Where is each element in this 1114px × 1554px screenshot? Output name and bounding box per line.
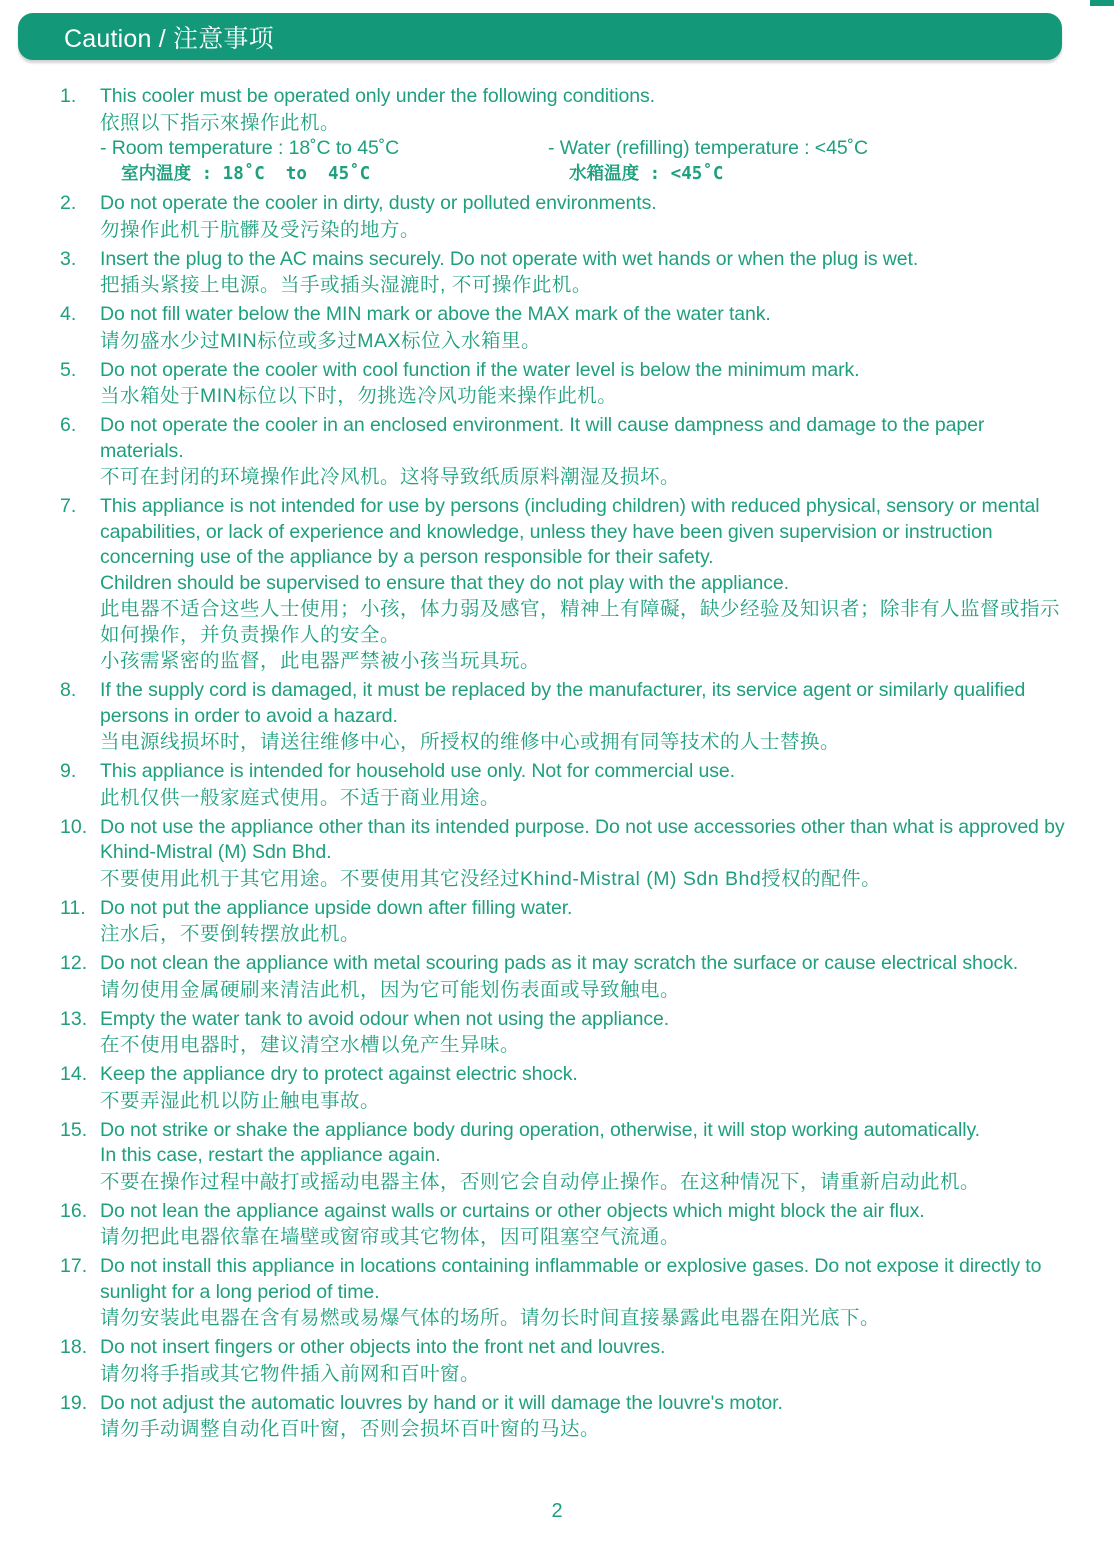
item-line-zh: 此机仅供一般家庭式使用。不适于商业用途。 [100, 785, 1066, 811]
item-body: Do not use the appliance other than its … [100, 815, 1066, 892]
item-line-zh: 勿操作此机于肮髒及受污染的地方。 [100, 217, 1066, 243]
item-line-en: Do not use the appliance other than its … [100, 815, 1066, 866]
item-line-zh: 此电器不适合这些人士使用；小孩，体力弱及感官，精神上有障礙，缺少经验及知识者；除… [100, 596, 1066, 648]
item-body: Do not clean the appliance with metal sc… [100, 951, 1066, 1003]
item-body: Do not put the appliance upside down aft… [100, 896, 1066, 948]
item-line-zh: 当电源线损坏时，请送往维修中心，所授权的维修中心或拥有同等技术的人士替换。 [100, 729, 1066, 755]
item-line-columns: - Room temperature : 18˚C to 45˚C- Water… [100, 136, 1066, 162]
item-line-zh: 当水箱处于MIN标位以下时，勿挑选冷风功能来操作此机。 [100, 383, 1066, 409]
item-line-en: In this case, restart the appliance agai… [100, 1143, 1066, 1169]
item-body: Keep the appliance dry to protect agains… [100, 1062, 1066, 1114]
item-line-en: Do not lean the appliance against walls … [100, 1199, 1066, 1225]
caution-item: 2.Do not operate the cooler in dirty, du… [60, 191, 1066, 243]
item-body: Do not operate the cooler with cool func… [100, 358, 1066, 410]
page-corner-mark [1090, 0, 1114, 6]
item-line-zh: 请勿将手指或其它物件插入前网和百叶窗。 [100, 1361, 1066, 1387]
item-number: 13. [60, 1007, 100, 1059]
page-title: Caution / 注意事项 [64, 19, 274, 55]
column-left: - Room temperature : 18˚C to 45˚C [100, 136, 548, 162]
caution-item: 6.Do not operate the cooler in an enclos… [60, 413, 1066, 490]
item-line-en: Do not put the appliance upside down aft… [100, 896, 1066, 922]
item-number: 8. [60, 678, 100, 755]
item-line-zh: 小孩需紧密的监督，此电器严禁被小孩当玩具玩。 [100, 648, 1066, 674]
item-number: 19. [60, 1391, 100, 1443]
item-body: Do not strike or shake the appliance bod… [100, 1118, 1066, 1195]
item-line-en: Do not operate the cooler with cool func… [100, 358, 1066, 384]
caution-item: 4.Do not fill water below the MIN mark o… [60, 302, 1066, 354]
page-number: 2 [0, 1500, 1114, 1523]
item-number: 10. [60, 815, 100, 892]
item-line-zh: 不要弄湿此机以防止触电事故。 [100, 1088, 1066, 1114]
item-number: 18. [60, 1335, 100, 1387]
item-number: 2. [60, 191, 100, 243]
item-body: Do not install this appliance in locatio… [100, 1254, 1066, 1331]
item-number: 9. [60, 759, 100, 811]
caution-item: 8.If the supply cord is damaged, it must… [60, 678, 1066, 755]
caution-item: 13.Empty the water tank to avoid odour w… [60, 1007, 1066, 1059]
item-line-en: Do not install this appliance in locatio… [100, 1254, 1066, 1305]
column-left: 室内温度 : 18˚C to 45˚C [100, 161, 548, 187]
item-body: Do not adjust the automatic louvres by h… [100, 1391, 1066, 1443]
item-number: 16. [60, 1199, 100, 1251]
item-line-zh: 请勿使用金属硬刷来清洁此机，因为它可能划伤表面或导致触电。 [100, 977, 1066, 1003]
item-line-en: Do not operate the cooler in dirty, dust… [100, 191, 1066, 217]
caution-item: 5.Do not operate the cooler with cool fu… [60, 358, 1066, 410]
item-body: Do not fill water below the MIN mark or … [100, 302, 1066, 354]
caution-item: 1.This cooler must be operated only unde… [60, 84, 1066, 187]
item-body: This cooler must be operated only under … [100, 84, 1066, 187]
item-body: Do not operate the cooler in an enclosed… [100, 413, 1066, 490]
caution-item: 16.Do not lean the appliance against wal… [60, 1199, 1066, 1251]
column-right: 水箱温度 : <45˚C [548, 161, 1066, 187]
item-line-en: Do not fill water below the MIN mark or … [100, 302, 1066, 328]
item-line-en: Do not clean the appliance with metal sc… [100, 951, 1066, 977]
caution-item: 15.Do not strike or shake the appliance … [60, 1118, 1066, 1195]
item-number: 5. [60, 358, 100, 410]
item-line-zh: 把插头紧接上电源。当手或插头湿漉时, 不可操作此机。 [100, 272, 1066, 298]
item-body: If the supply cord is damaged, it must b… [100, 678, 1066, 755]
caution-item: 11.Do not put the appliance upside down … [60, 896, 1066, 948]
item-line-zh: 依照以下指示來操作此机。 [100, 110, 1066, 136]
item-body: This appliance is intended for household… [100, 759, 1066, 811]
caution-item: 7.This appliance is not intended for use… [60, 494, 1066, 674]
caution-item: 12.Do not clean the appliance with metal… [60, 951, 1066, 1003]
caution-item: 17.Do not install this appliance in loca… [60, 1254, 1066, 1331]
item-line-zh: 注水后，不要倒转摆放此机。 [100, 921, 1066, 947]
item-number: 4. [60, 302, 100, 354]
item-number: 15. [60, 1118, 100, 1195]
item-line-en: Keep the appliance dry to protect agains… [100, 1062, 1066, 1088]
item-body: Insert the plug to the AC mains securely… [100, 247, 1066, 299]
item-line-en: If the supply cord is damaged, it must b… [100, 678, 1066, 729]
item-line-en: Do not insert fingers or other objects i… [100, 1335, 1066, 1361]
item-line-en: Empty the water tank to avoid odour when… [100, 1007, 1066, 1033]
item-line-en: This cooler must be operated only under … [100, 84, 1066, 110]
item-line-zh: 请勿手动调整自动化百叶窗，否则会损坏百叶窗的马达。 [100, 1416, 1066, 1442]
item-body: Do not insert fingers or other objects i… [100, 1335, 1066, 1387]
item-body: Do not lean the appliance against walls … [100, 1199, 1066, 1251]
item-number: 14. [60, 1062, 100, 1114]
item-line-en: Children should be supervised to ensure … [100, 571, 1066, 597]
item-body: Do not operate the cooler in dirty, dust… [100, 191, 1066, 243]
item-body: This appliance is not intended for use b… [100, 494, 1066, 674]
caution-item: 14.Keep the appliance dry to protect aga… [60, 1062, 1066, 1114]
item-line-zh: 请勿把此电器依靠在墙壁或窗帘或其它物体，因可阻塞空气流通。 [100, 1224, 1066, 1250]
item-line-en: Do not strike or shake the appliance bod… [100, 1118, 1066, 1144]
item-number: 11. [60, 896, 100, 948]
item-line-columns: 室内温度 : 18˚C to 45˚C 水箱温度 : <45˚C [100, 161, 1066, 187]
item-line-en: Do not operate the cooler in an enclosed… [100, 413, 1066, 464]
item-line-zh: 请勿盛水少过MIN标位或多过MAX标位入水箱里。 [100, 328, 1066, 354]
item-number: 3. [60, 247, 100, 299]
caution-item: 10.Do not use the appliance other than i… [60, 815, 1066, 892]
item-number: 1. [60, 84, 100, 187]
item-line-zh: 不要在操作过程中敲打或摇动电器主体，否则它会自动停止操作。在这种情况下，请重新启… [100, 1169, 1066, 1195]
item-line-en: Do not adjust the automatic louvres by h… [100, 1391, 1066, 1417]
caution-item: 19.Do not adjust the automatic louvres b… [60, 1391, 1066, 1443]
item-line-zh: 不可在封闭的环境操作此冷风机。这将导致纸质原料潮湿及损坏。 [100, 464, 1066, 490]
item-number: 17. [60, 1254, 100, 1331]
column-right: - Water (refilling) temperature : <45˚C [548, 136, 1066, 162]
item-number: 6. [60, 413, 100, 490]
item-line-zh: 不要使用此机于其它用途。不要使用其它没经过Khind-Mistral (M) S… [100, 866, 1066, 892]
item-line-zh: 请勿安装此电器在含有易燃或易爆气体的场所。请勿长时间直接暴露此电器在阳光底下。 [100, 1305, 1066, 1331]
item-line-en: Insert the plug to the AC mains securely… [100, 247, 1066, 273]
item-number: 7. [60, 494, 100, 674]
caution-item: 9.This appliance is intended for househo… [60, 759, 1066, 811]
item-number: 12. [60, 951, 100, 1003]
item-line-zh: 在不使用电器时，建议清空水槽以免产生异味。 [100, 1032, 1066, 1058]
item-body: Empty the water tank to avoid odour when… [100, 1007, 1066, 1059]
caution-item: 3.Insert the plug to the AC mains secure… [60, 247, 1066, 299]
caution-header-bar: Caution / 注意事项 [18, 13, 1062, 60]
caution-item: 18.Do not insert fingers or other object… [60, 1335, 1066, 1387]
item-line-en: This appliance is intended for household… [100, 759, 1066, 785]
caution-list: 1.This cooler must be operated only unde… [60, 84, 1066, 1446]
item-line-en: This appliance is not intended for use b… [100, 494, 1066, 571]
